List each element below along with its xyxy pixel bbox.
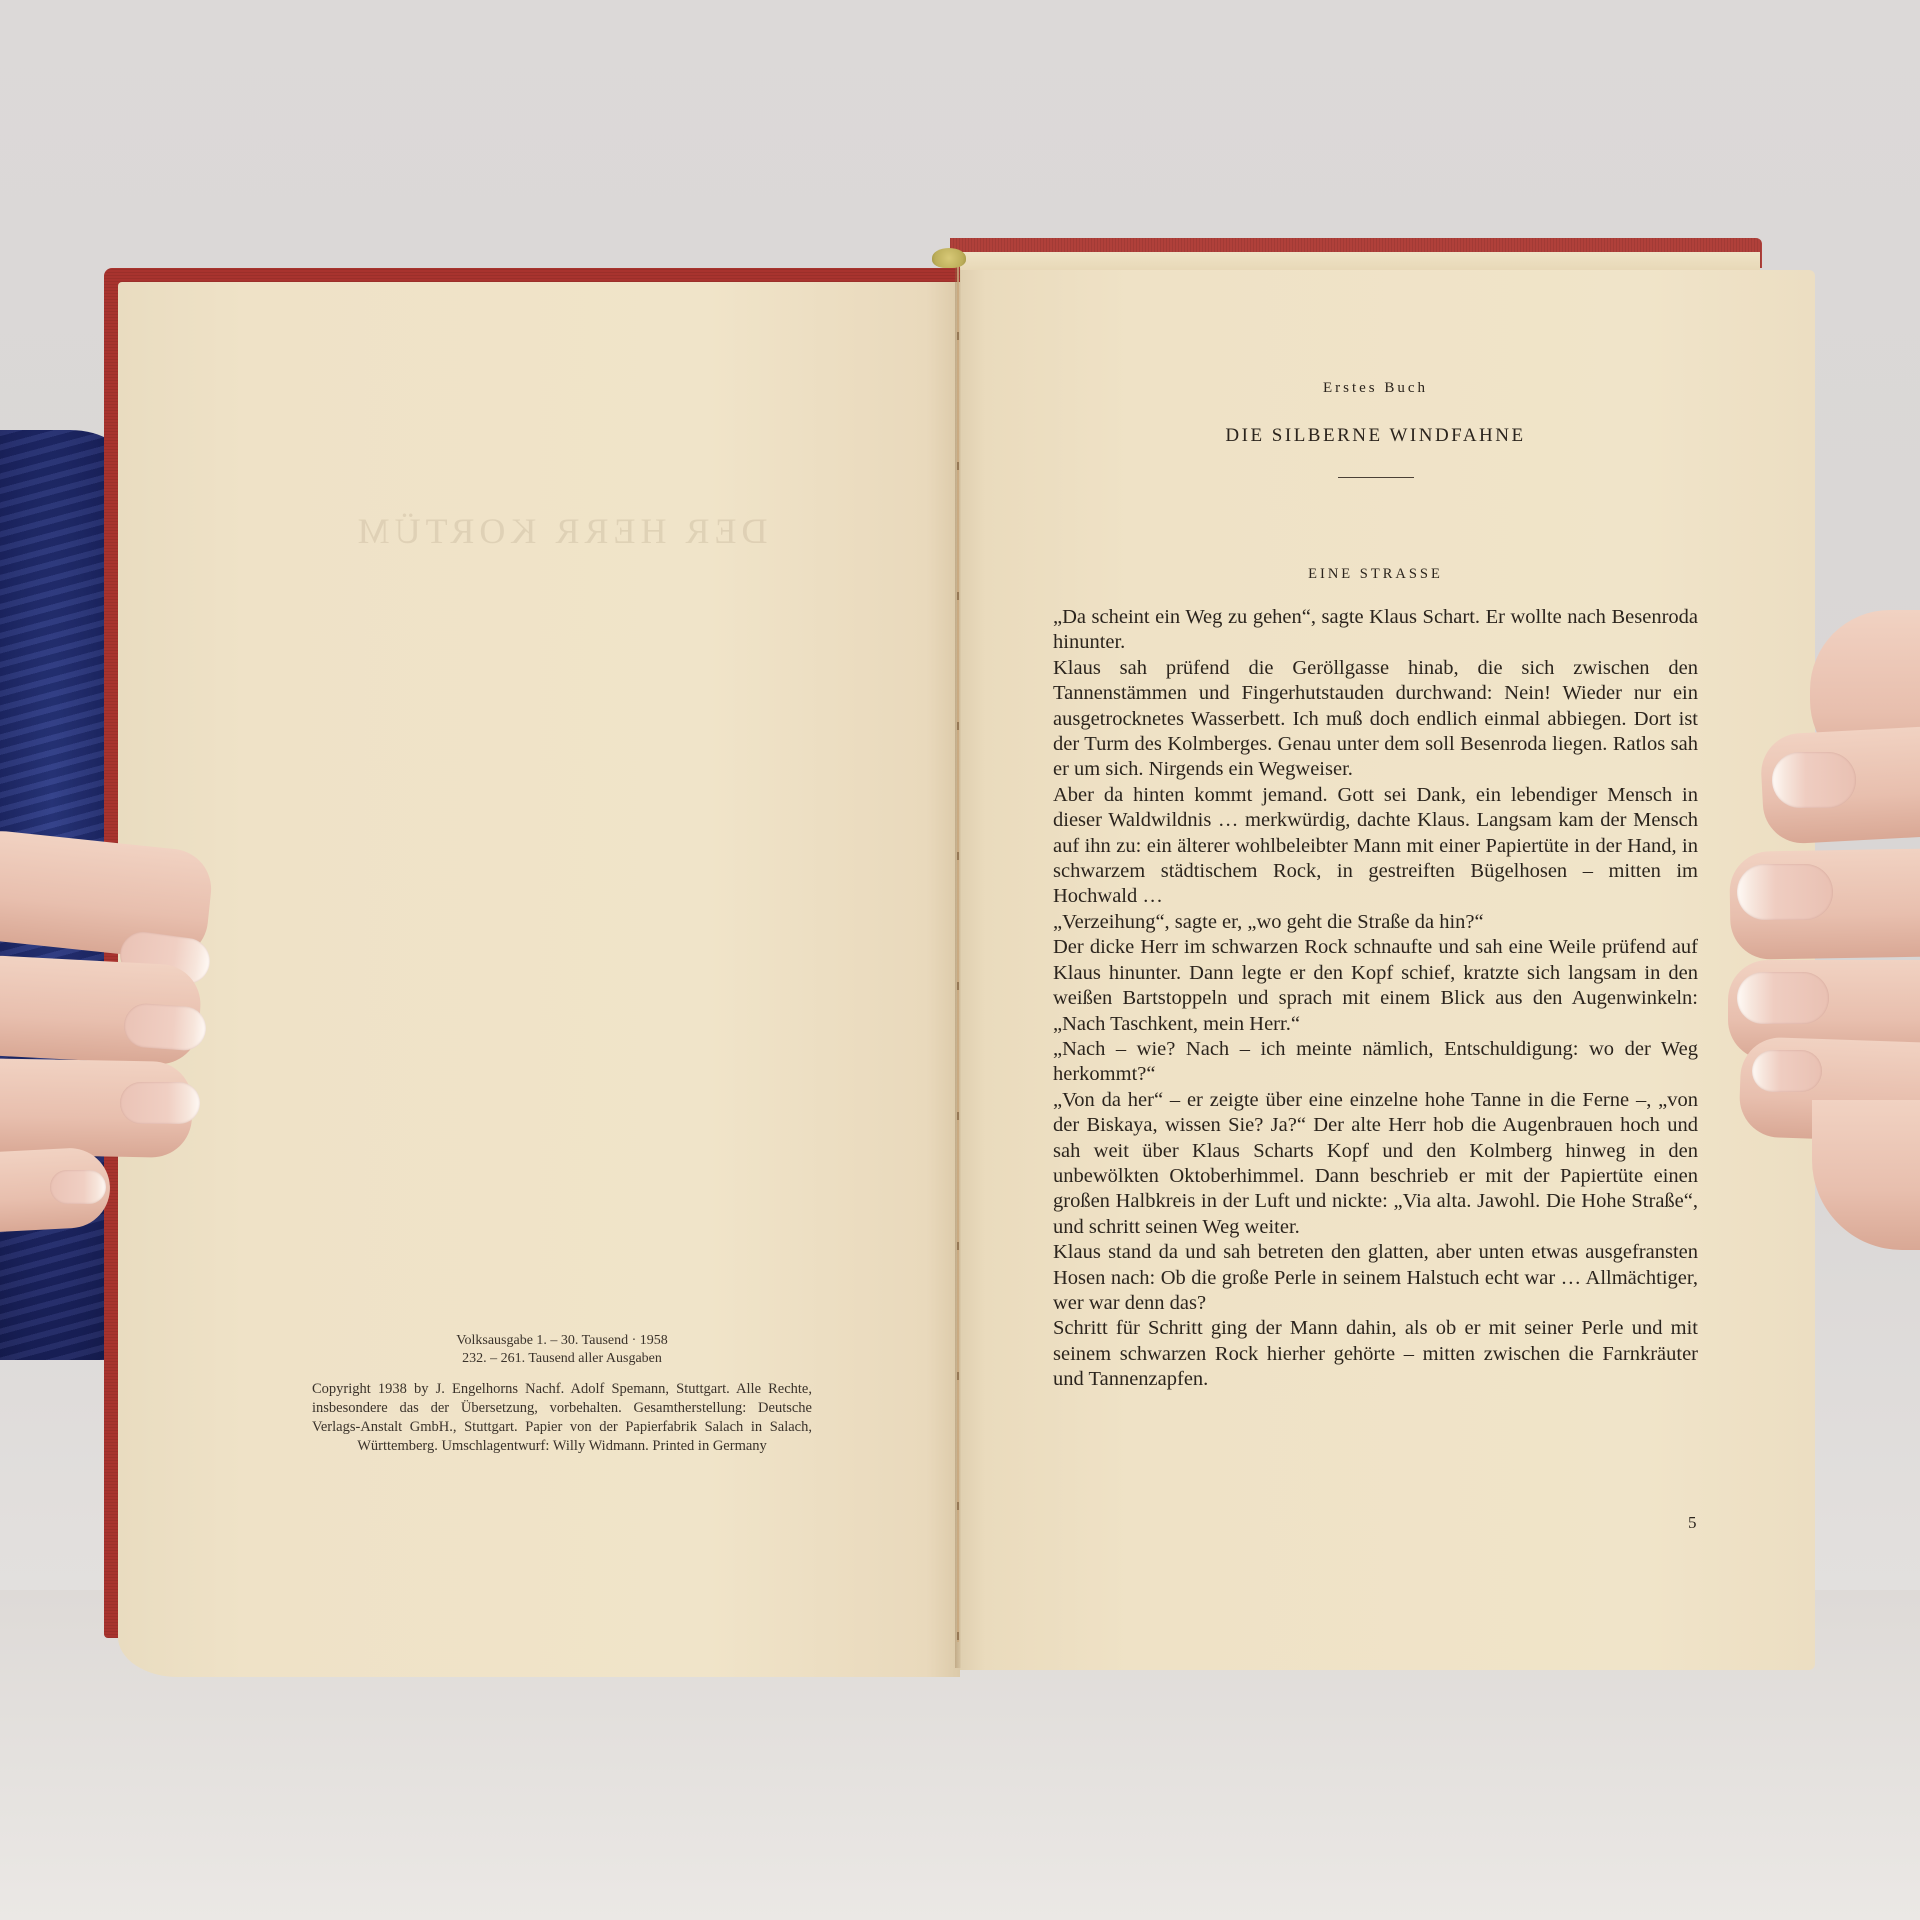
paragraph: Klaus sah prüfend die Geröllgasse hinab,… xyxy=(1053,656,1698,783)
paragraph: Klaus stand da und sah betreten den glat… xyxy=(1053,1240,1698,1316)
left-ring-nail xyxy=(120,1082,200,1124)
edition-line-1: Volksausgabe 1. – 30. Tausend · 1958 xyxy=(312,1332,812,1350)
body-text: „Da scheint ein Weg zu gehen“, sagte Kla… xyxy=(1053,605,1698,1393)
paragraph: „Verzeihung“, sagte er, „wo geht die Str… xyxy=(1053,910,1698,935)
chapter-title: DIE SILBERNE WINDFAHNE xyxy=(1053,425,1698,447)
paragraph: „Da scheint ein Weg zu gehen“, sagte Kla… xyxy=(1053,605,1698,656)
colophon: Volksausgabe 1. – 30. Tausend · 1958 232… xyxy=(312,1332,812,1456)
edition-line-2: 232. – 261. Tausend aller Ausgaben xyxy=(312,1350,812,1368)
right-palm xyxy=(1812,1100,1920,1250)
section-title: EINE STRASSE xyxy=(1053,566,1698,583)
copyright-notice: Copyright 1938 by J. Engelhorns Nachf. A… xyxy=(312,1380,812,1456)
left-middle-nail xyxy=(123,1002,208,1052)
left-pinky-nail xyxy=(50,1170,106,1204)
headband xyxy=(932,248,966,268)
title-rule xyxy=(1338,477,1414,478)
paragraph: „Von da her“ – er zeigte über eine einze… xyxy=(1053,1088,1698,1240)
edition-info: Volksausgabe 1. – 30. Tausend · 1958 232… xyxy=(312,1332,812,1368)
right-ring-nail xyxy=(1737,972,1829,1024)
left-page xyxy=(118,282,960,1677)
right-index-nail xyxy=(1772,752,1856,808)
page-number: 5 xyxy=(1688,1513,1697,1533)
paragraph: „Nach – wie? Nach – ich meinte nämlich, … xyxy=(1053,1037,1698,1088)
show-through-title: DER HERR KORTÜM xyxy=(330,510,790,552)
right-pinky-nail xyxy=(1752,1050,1822,1092)
chapter-opening: Erstes Buch DIE SILBERNE WINDFAHNE EINE … xyxy=(1053,380,1698,1393)
book-label: Erstes Buch xyxy=(1053,380,1698,397)
paragraph: Schritt für Schritt ging der Mann dahin,… xyxy=(1053,1316,1698,1392)
right-middle-nail xyxy=(1737,864,1833,920)
paragraph: Aber da hinten kommt jemand. Gott sei Da… xyxy=(1053,783,1698,910)
paragraph: Der dicke Herr im schwarzen Rock schnauf… xyxy=(1053,935,1698,1037)
binding-thread xyxy=(957,262,959,1642)
